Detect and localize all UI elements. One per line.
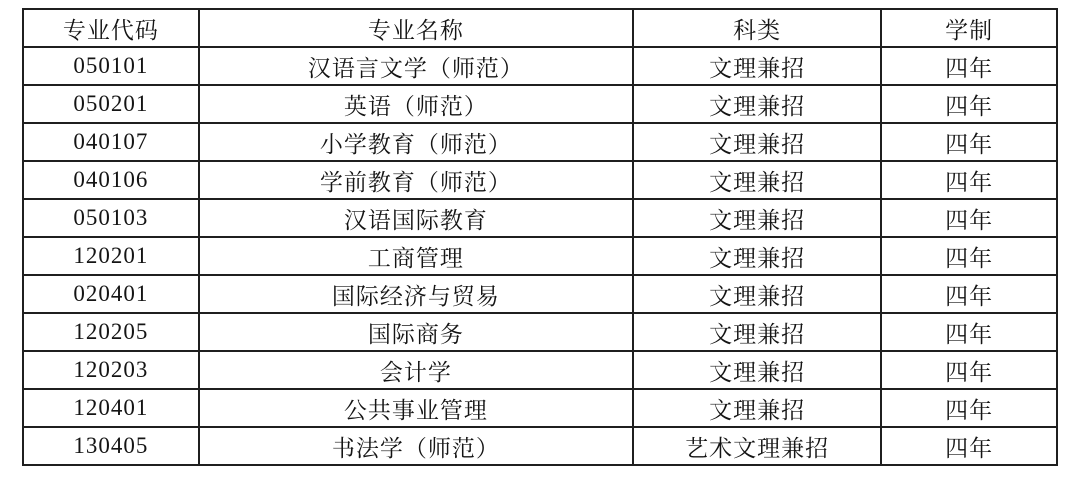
cell-duration: 四年 (881, 123, 1057, 161)
cell-duration: 四年 (881, 199, 1057, 237)
table-body: 050101汉语言文学（师范）文理兼招四年050201英语（师范）文理兼招四年0… (23, 47, 1057, 465)
cell-major-name: 国际商务 (199, 313, 633, 351)
table-row: 120205国际商务文理兼招四年 (23, 313, 1057, 351)
cell-major-code: 120401 (23, 389, 199, 427)
cell-category: 文理兼招 (633, 275, 881, 313)
header-major-code: 专业代码 (23, 9, 199, 47)
cell-category: 文理兼招 (633, 389, 881, 427)
cell-major-name: 会计学 (199, 351, 633, 389)
cell-major-code: 120201 (23, 237, 199, 275)
cell-major-name: 汉语言文学（师范） (199, 47, 633, 85)
table-row: 120401公共事业管理文理兼招四年 (23, 389, 1057, 427)
cell-major-name: 工商管理 (199, 237, 633, 275)
cell-major-code: 050103 (23, 199, 199, 237)
cell-major-code: 040106 (23, 161, 199, 199)
majors-table: 专业代码 专业名称 科类 学制 050101汉语言文学（师范）文理兼招四年050… (22, 8, 1058, 466)
document-page: 专业代码 专业名称 科类 学制 050101汉语言文学（师范）文理兼招四年050… (0, 0, 1080, 496)
cell-major-code: 120205 (23, 313, 199, 351)
cell-category: 文理兼招 (633, 237, 881, 275)
cell-category: 文理兼招 (633, 199, 881, 237)
cell-major-name: 国际经济与贸易 (199, 275, 633, 313)
cell-major-name: 汉语国际教育 (199, 199, 633, 237)
table-row: 040106学前教育（师范）文理兼招四年 (23, 161, 1057, 199)
header-major-name: 专业名称 (199, 9, 633, 47)
table-row: 120201工商管理文理兼招四年 (23, 237, 1057, 275)
cell-major-name: 英语（师范） (199, 85, 633, 123)
table-row: 050103汉语国际教育文理兼招四年 (23, 199, 1057, 237)
table-row: 050201英语（师范）文理兼招四年 (23, 85, 1057, 123)
table-header-row: 专业代码 专业名称 科类 学制 (23, 9, 1057, 47)
cell-major-code: 020401 (23, 275, 199, 313)
table-row: 120203会计学文理兼招四年 (23, 351, 1057, 389)
table-row: 020401国际经济与贸易文理兼招四年 (23, 275, 1057, 313)
cell-category: 文理兼招 (633, 85, 881, 123)
cell-major-code: 120203 (23, 351, 199, 389)
cell-duration: 四年 (881, 237, 1057, 275)
cell-category: 文理兼招 (633, 47, 881, 85)
cell-major-name: 书法学（师范） (199, 427, 633, 465)
cell-duration: 四年 (881, 47, 1057, 85)
cell-category: 文理兼招 (633, 161, 881, 199)
cell-category: 艺术文理兼招 (633, 427, 881, 465)
cell-major-code: 130405 (23, 427, 199, 465)
cell-category: 文理兼招 (633, 123, 881, 161)
table-row: 130405书法学（师范）艺术文理兼招四年 (23, 427, 1057, 465)
header-duration: 学制 (881, 9, 1057, 47)
cell-duration: 四年 (881, 427, 1057, 465)
cell-category: 文理兼招 (633, 351, 881, 389)
cell-major-code: 050101 (23, 47, 199, 85)
cell-major-name: 公共事业管理 (199, 389, 633, 427)
cell-major-name: 小学教育（师范） (199, 123, 633, 161)
table-row: 050101汉语言文学（师范）文理兼招四年 (23, 47, 1057, 85)
cell-major-code: 040107 (23, 123, 199, 161)
cell-duration: 四年 (881, 313, 1057, 351)
cell-duration: 四年 (881, 389, 1057, 427)
header-category: 科类 (633, 9, 881, 47)
cell-duration: 四年 (881, 161, 1057, 199)
cell-duration: 四年 (881, 85, 1057, 123)
cell-major-code: 050201 (23, 85, 199, 123)
cell-category: 文理兼招 (633, 313, 881, 351)
cell-duration: 四年 (881, 275, 1057, 313)
table-row: 040107小学教育（师范）文理兼招四年 (23, 123, 1057, 161)
cell-duration: 四年 (881, 351, 1057, 389)
cell-major-name: 学前教育（师范） (199, 161, 633, 199)
